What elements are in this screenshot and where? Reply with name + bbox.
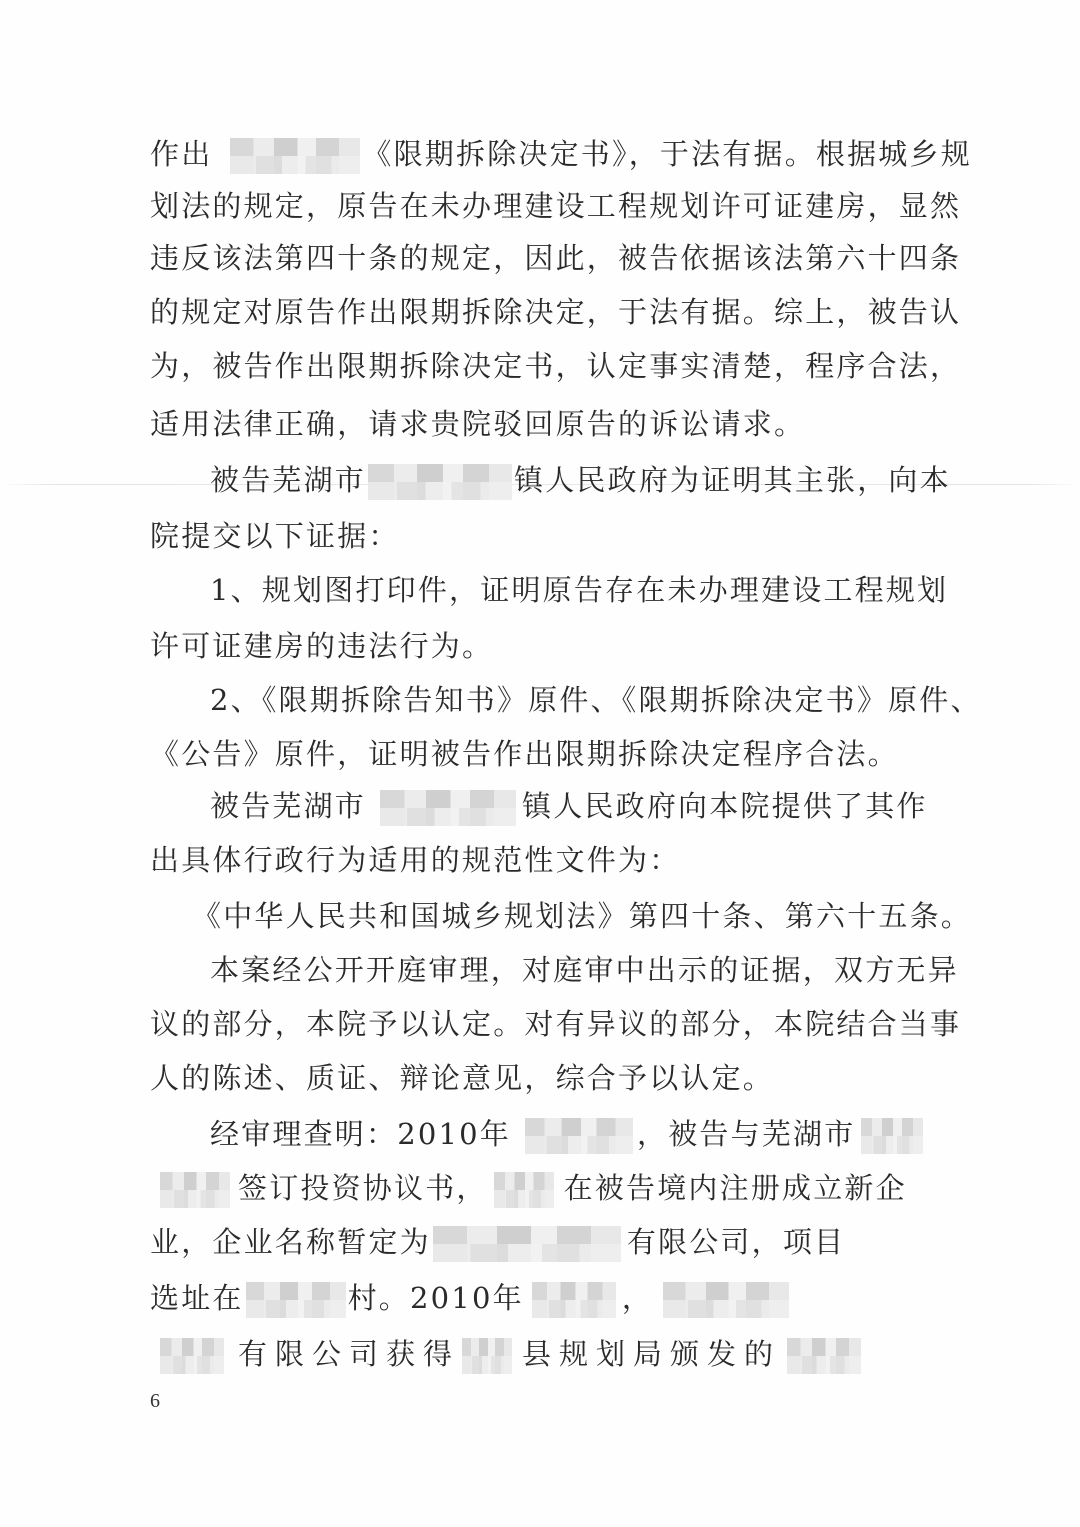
- text-line: 1、规划图打印件，证明原告存在未办理建设工程规划: [210, 570, 912, 610]
- redacted-block: [462, 1338, 512, 1374]
- text-segment: ，被告与芜湖市: [637, 1117, 855, 1151]
- text-line: 经审理查明：2010年，被告与芜湖市: [210, 1114, 912, 1154]
- text-line: 2、《限期拆除告知书》原件、《限期拆除决定书》原件、: [210, 680, 912, 720]
- text-segment: 业，企业名称暂定为: [150, 1225, 431, 1259]
- text-segment: 有限公司，项目: [627, 1225, 845, 1259]
- text-line: 选址在村。2010年，: [150, 1278, 912, 1318]
- text-line: 作出《限期拆除决定书》，于法有据。根据城乡规: [150, 134, 912, 174]
- redacted-block: [160, 1338, 224, 1374]
- text-line: 为，被告作出限期拆除决定书，认定事实清楚，程序合法，: [150, 346, 912, 386]
- text-segment: 签订投资协议书，: [238, 1171, 488, 1205]
- text-line: 划法的规定，原告在未办理建设工程规划许可证建房，显然: [150, 186, 912, 226]
- redacted-block: [861, 1118, 923, 1154]
- redacted-block: [246, 1282, 346, 1318]
- text-segment: 经审理查明：2010年: [210, 1117, 511, 1151]
- text-segment: 选址在: [150, 1281, 244, 1315]
- redacted-block: [787, 1338, 861, 1374]
- text-line: 院提交以下证据：: [150, 516, 912, 556]
- text-segment: 县规划局颁发的: [522, 1337, 781, 1371]
- redacted-block: [525, 1118, 633, 1154]
- text-segment: 《限期拆除决定书》，于法有据。根据城乡规: [362, 137, 972, 171]
- redacted-block: [368, 464, 512, 500]
- text-line: 议的部分，本院予以认定。对有异议的部分，本院结合当事: [150, 1004, 912, 1044]
- text-line: 《中华人民共和国城乡规划法》第四十条、第六十五条。: [192, 896, 894, 936]
- text-line: 许可证建房的违法行为。: [150, 626, 912, 666]
- redacted-block: [230, 138, 360, 174]
- text-line: 被告芜湖市镇人民政府向本院提供了其作: [210, 786, 912, 826]
- text-line: 出具体行政行为适用的规范性文件为：: [150, 840, 912, 880]
- text-segment: 镇人民政府为证明其主张，向本: [514, 463, 951, 497]
- text-segment: 作出: [150, 137, 212, 171]
- redacted-block: [663, 1282, 789, 1318]
- redacted-block: [160, 1172, 230, 1208]
- text-segment: 被告芜湖市: [210, 789, 366, 823]
- text-segment: 镇人民政府向本院提供了其作: [522, 789, 928, 823]
- text-segment: 有限公司获得: [238, 1337, 460, 1371]
- redacted-block: [494, 1172, 554, 1208]
- text-segment: 村。2010年: [348, 1281, 524, 1315]
- text-line: 适用法律正确，请求贵院驳回原告的诉讼请求。: [150, 404, 912, 444]
- text-line: 《公告》原件，证明被告作出限期拆除决定程序合法。: [150, 734, 912, 774]
- document-page: 作出《限期拆除决定书》，于法有据。根据城乡规 划法的规定，原告在未办理建设工程规…: [0, 0, 1080, 1527]
- text-line: 有限公司获得县规划局颁发的: [150, 1334, 912, 1374]
- text-segment: 在被告境内注册成立新企: [564, 1171, 907, 1205]
- text-line: 签订投资协议书，在被告境内注册成立新企: [150, 1168, 912, 1208]
- page-number: 6: [150, 1390, 160, 1413]
- text-segment: ，: [622, 1281, 653, 1315]
- text-line: 违反该法第四十条的规定，因此，被告依据该法第六十四条: [150, 238, 912, 278]
- text-line: 被告芜湖市镇人民政府为证明其主张，向本: [210, 460, 912, 500]
- text-line: 业，企业名称暂定为有限公司，项目: [150, 1222, 912, 1262]
- text-line: 的规定对原告作出限期拆除决定，于法有据。综上，被告认: [150, 292, 912, 332]
- text-line: 人的陈述、质证、辩论意见，综合予以认定。: [150, 1058, 912, 1098]
- redacted-block: [532, 1282, 616, 1318]
- redacted-block: [433, 1226, 621, 1262]
- text-line: 本案经公开开庭审理，对庭审中出示的证据，双方无异: [210, 950, 912, 990]
- text-segment: 被告芜湖市: [210, 463, 366, 497]
- redacted-block: [380, 790, 516, 826]
